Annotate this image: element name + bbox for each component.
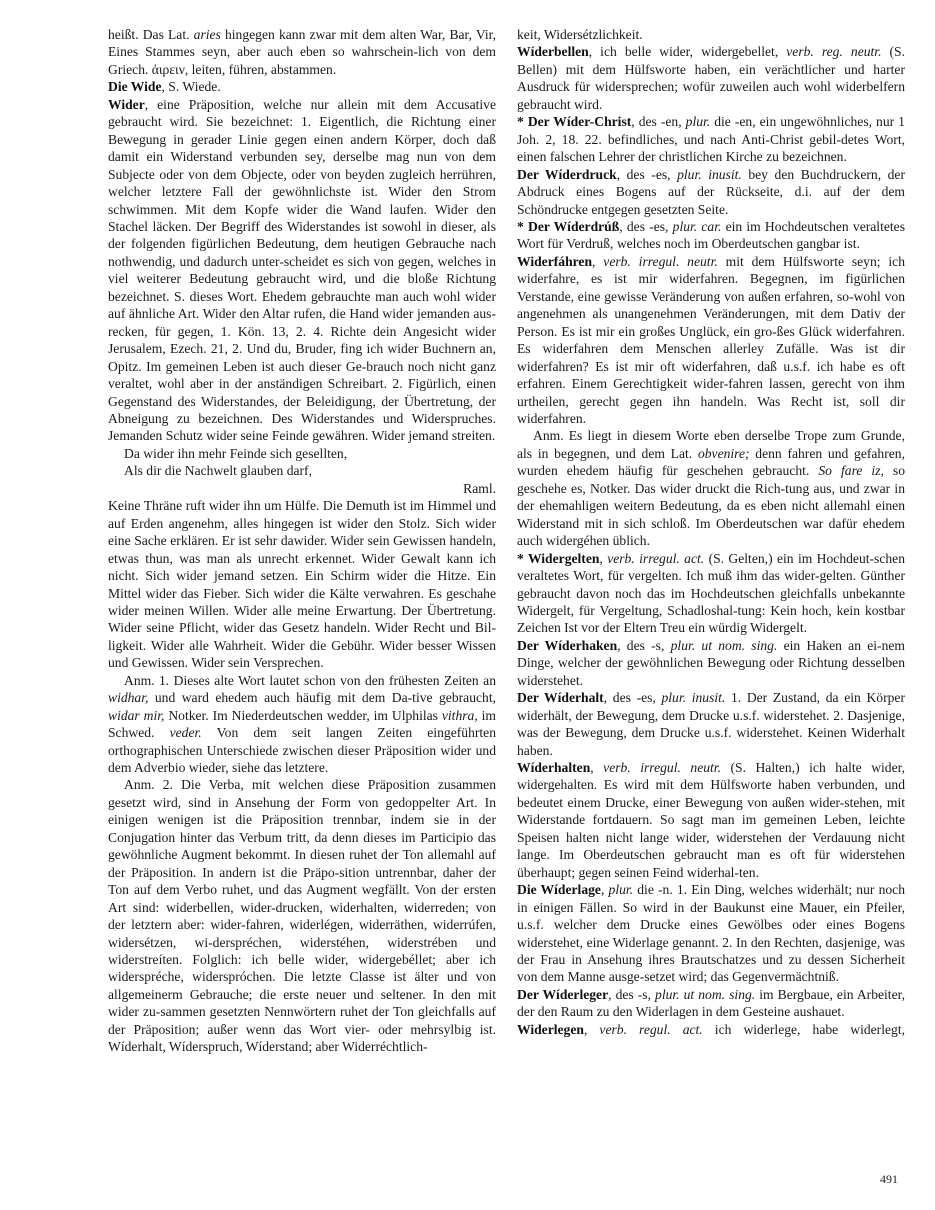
headword: Der Wíderdrúß (528, 219, 619, 234)
entry-wider-christ: * Der Wíder-Christ, des -en, plur. die -… (517, 113, 905, 165)
verse-attribution: Raml. (108, 480, 496, 497)
page-number: 491 (880, 1172, 898, 1187)
entry-die-wide: Die Wide, S. Wiede. (108, 78, 496, 95)
entry-widergelten: * Widergelten, verb. irregul. act. (S. G… (517, 550, 905, 637)
headword: Wíderhalten (517, 760, 590, 775)
continuation-paragraph: heißt. Das Lat. aries hingegen kann zwar… (108, 26, 496, 78)
verse-line: Als dir die Nachwelt glauben darf, (108, 462, 496, 479)
entry-widerlage: Die Wíderlage, plur. die -n. 1. Ein Ding… (517, 881, 905, 986)
entry-wider: Wider, eine Präposition, welche nur alle… (108, 96, 496, 445)
annotation-2: Anm. 2. Die Verba, mit welchen diese Prä… (108, 776, 496, 1055)
headword: Der Wíderdruck (517, 167, 617, 182)
headword: Widerfáhren (517, 254, 592, 269)
entry-widerleger: Der Wíderleger, des -s, plur. ut nom. si… (517, 986, 905, 1021)
headword: Wíderbellen (517, 44, 589, 59)
verse-line: Da wider ihn mehr Feinde sich gesellten, (108, 445, 496, 462)
left-column: heißt. Das Lat. aries hingegen kann zwar… (108, 26, 496, 1056)
entry-widerdruss: * Der Wíderdrúß, des -es, plur. car. ein… (517, 218, 905, 253)
entry-widerhalt: Der Wíderhalt, des -es, plur. inusit. 1.… (517, 689, 905, 759)
headword: Wider (108, 97, 145, 112)
annotation-1: Anm. 1. Dieses alte Wort lautet schon vo… (108, 672, 496, 777)
entry-wider-continued: Keine Thräne ruft wider ihn um Hülfe. Di… (108, 497, 496, 672)
headword: Die Wide (108, 79, 162, 94)
right-column: keit, Widersétzlichkeit. Wíderbellen, ic… (517, 26, 905, 1038)
entry-widerhalten: Wíderhalten, verb. irregul. neutr. (S. H… (517, 759, 905, 881)
entry-widerbellen: Wíderbellen, ich belle wider, widergebel… (517, 43, 905, 113)
headword: Widergelten (528, 551, 599, 566)
entry-widerhaken: Der Wíderhaken, des -s, plur. ut nom. si… (517, 637, 905, 689)
entry-widerlegen: Widerlegen, verb. regul. act. ich widerl… (517, 1021, 905, 1038)
headword: Der Wíder-Christ (528, 114, 631, 129)
entry-widerfahren: Widerfáhren, verb. irregul. neutr. mit d… (517, 253, 905, 428)
entry-widerdruck: Der Wíderdruck, des -es, plur. inusit. b… (517, 166, 905, 218)
headword: Die Wíderlage (517, 882, 601, 897)
headword: Der Wíderleger (517, 987, 608, 1002)
headword: Widerlegen (517, 1022, 584, 1037)
headword: Der Wíderhalt (517, 690, 604, 705)
headword: Der Wíderhaken (517, 638, 617, 653)
dictionary-page: heißt. Das Lat. aries hingegen kann zwar… (0, 0, 935, 1210)
annotation-widerfahren: Anm. Es liegt in diesem Worte eben derse… (517, 427, 905, 549)
continuation-paragraph: keit, Widersétzlichkeit. (517, 26, 905, 43)
